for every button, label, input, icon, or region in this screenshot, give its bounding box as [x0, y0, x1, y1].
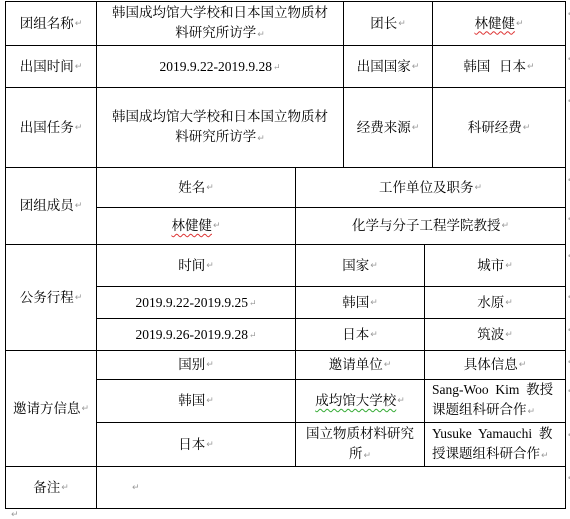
paragraph-mark-icon: ↵: [11, 510, 19, 519]
inviter-header-unit: 邀请单位↵: [296, 351, 424, 379]
inviter-detail: Yusuke Yamauchi 教 授课题组科研合作↵: [425, 423, 565, 466]
paragraph-mark-icon: ↵: [249, 325, 257, 345]
value-line: 韩国成均馆大学校和日本国立物质材: [112, 107, 328, 127]
value-text: 2019.9.22-2019.9.28: [159, 57, 272, 77]
paragraph-mark-icon: ↵: [527, 57, 535, 77]
task-value: 韩国成均馆大学校和日本国立物质材 料研究所访学↵: [97, 88, 343, 167]
itinerary-country: 韩国↵: [296, 287, 424, 318]
paragraph-mark-icon: ↵: [528, 407, 536, 417]
paragraph-mark-icon: ↵: [61, 478, 69, 498]
paragraph-mark-icon: ↵: [132, 478, 140, 498]
paragraph-mark-icon: ↵: [273, 57, 281, 77]
paragraph-mark-icon: ↵: [206, 178, 214, 198]
departure-time-value: 2019.9.22-2019.9.28↵: [97, 46, 343, 87]
paragraph-mark-icon: ↵: [505, 256, 513, 276]
label-text: 备注: [33, 478, 60, 498]
value-text: 日本: [178, 435, 205, 455]
paragraph-mark-icon: ↵: [249, 293, 257, 313]
value-line: Yusuke Yamauchi 教: [432, 424, 552, 444]
itinerary-label: 公务行程↵: [6, 245, 96, 350]
paragraph-mark-icon: ↵: [370, 256, 378, 276]
departure-time-label: 出国时间↵: [6, 46, 96, 87]
label-text: 邀请方信息: [13, 399, 81, 419]
header-text: 城市: [477, 256, 504, 276]
paragraph-mark-icon: ↵: [523, 118, 531, 138]
country-value: 韩国 日本↵: [433, 46, 565, 87]
value-text: 2019.9.26-2019.9.28: [135, 325, 248, 345]
member-position: 化学与分子工程学院教授↵: [296, 208, 565, 244]
inviter-unit: 成均馆大学校↵: [296, 380, 424, 422]
paragraph-mark-icon: ↵: [370, 293, 378, 313]
value-text: 林健健: [171, 216, 212, 236]
label-text: 经费来源: [357, 118, 411, 138]
members-label: 团组成员↵: [6, 168, 96, 244]
paragraph-mark-icon: ↵: [81, 399, 89, 419]
paragraph-mark-icon: ↵: [206, 391, 214, 411]
members-header-position: 工作单位及职务↵: [296, 168, 565, 207]
header-text: 邀请单位: [329, 355, 383, 375]
paragraph-mark-icon: ↵: [501, 216, 509, 236]
paragraph-mark-icon: ↵: [541, 451, 549, 461]
inviter-country: 韩国↵: [97, 380, 295, 422]
label-text: 出国国家: [357, 57, 411, 77]
value-text: 2019.9.22-2019.9.25: [135, 293, 248, 313]
paragraph-mark-icon: ↵: [412, 57, 420, 77]
label-text: 出国任务: [20, 118, 74, 138]
paragraph-mark-icon: ↵: [505, 293, 513, 313]
paragraph-mark-icon: ↵: [257, 134, 265, 144]
paragraph-mark-icon: ↵: [363, 451, 371, 461]
paragraph-mark-icon: ↵: [519, 355, 527, 375]
leader-label: 团长↵: [344, 2, 432, 45]
inviter-unit: 国立物质材料研究 所↵: [296, 423, 424, 466]
value-text: 韩国 日本: [463, 57, 526, 77]
itinerary-time: 2019.9.26-2019.9.28↵: [97, 319, 295, 350]
label-text: 团长: [370, 14, 397, 34]
paragraph-mark-icon: ↵: [206, 435, 214, 455]
funding-label: 经费来源↵: [344, 88, 432, 167]
paragraph-mark-icon: ↵: [505, 325, 513, 345]
header-text: 国别: [178, 355, 205, 375]
paragraph-mark-icon: ↵: [412, 118, 420, 138]
itinerary-country: 日本↵: [296, 319, 424, 350]
inviter-detail: Sang-Woo Kim 教授 课题组科研合作↵: [425, 380, 565, 422]
remarks-value[interactable]: ↵: [97, 467, 565, 508]
itinerary-header-time: 时间↵: [97, 245, 295, 286]
paragraph-mark-icon: ↵: [75, 118, 83, 138]
paragraph-mark-icon: ↵: [474, 178, 482, 198]
inviter-country: 日本↵: [97, 423, 295, 466]
leader-value: 林健健↵: [433, 2, 565, 45]
remarks-label: 备注↵: [6, 467, 96, 508]
member-name: 林健健↵: [97, 208, 295, 244]
value-text: 筑波: [477, 325, 504, 345]
group-name-label: 团组名称↵: [6, 2, 96, 45]
inviter-header-country: 国别↵: [97, 351, 295, 379]
value-line: 国立物质材料研究: [306, 424, 414, 444]
value-text: 化学与分子工程学院教授: [352, 216, 501, 236]
value-line: 韩国成均馆大学校和日本国立物质材: [112, 3, 328, 23]
country-label: 出国国家↵: [344, 46, 432, 87]
paragraph-mark-icon: ↵: [75, 57, 83, 77]
members-header-name: 姓名↵: [97, 168, 295, 207]
paragraph-mark-icon: ↵: [213, 216, 221, 236]
group-name-value: 韩国成均馆大学校和日本国立物质材 料研究所访学↵: [97, 2, 343, 45]
paragraph-mark-icon: ↵: [206, 355, 214, 375]
paragraph-mark-icon: ↵: [370, 325, 378, 345]
task-label: 出国任务↵: [6, 88, 96, 167]
table-border: [565, 1, 566, 509]
paragraph-mark-icon: ↵: [516, 14, 524, 34]
itinerary-city: 筑波↵: [425, 319, 565, 350]
value-text: 韩国: [178, 391, 205, 411]
funding-value: 科研经费↵: [433, 88, 565, 167]
paragraph-mark-icon: ↵: [397, 391, 405, 411]
value-line: 料研究所访学: [175, 129, 256, 145]
paragraph-mark-icon: ↵: [257, 30, 265, 40]
paragraph-mark-icon: ↵: [206, 256, 214, 276]
value-line: Sang-Woo Kim 教授: [432, 380, 553, 400]
header-text: 时间: [178, 256, 205, 276]
label-text: 公务行程: [20, 288, 74, 308]
paragraph-mark-icon: ↵: [75, 288, 83, 308]
table-border: [5, 508, 566, 509]
header-text: 国家: [342, 256, 369, 276]
paragraph-mark-icon: ↵: [75, 14, 83, 34]
header-text: 具体信息: [464, 355, 518, 375]
value-text: 水原: [477, 293, 504, 313]
paragraph-mark-icon: ↵: [398, 14, 406, 34]
header-text: 姓名: [178, 178, 205, 198]
value-text: 韩国: [342, 293, 369, 313]
value-line: 所: [349, 446, 363, 462]
inviter-header-detail: 具体信息↵: [425, 351, 565, 379]
header-text: 工作单位及职务: [379, 178, 474, 198]
value-text: 成均馆大学校: [315, 391, 396, 411]
itinerary-header-city: 城市↵: [425, 245, 565, 286]
itinerary-city: 水原↵: [425, 287, 565, 318]
value-text: 林健健: [474, 14, 515, 34]
paragraph-mark-icon: ↵: [75, 196, 83, 216]
value-text: 科研经费: [468, 118, 522, 138]
label-text: 团组名称: [20, 14, 74, 34]
paragraph-mark-icon: ↵: [384, 355, 392, 375]
inviter-label: 邀请方信息↵: [6, 351, 96, 466]
value-line: 料研究所访学: [175, 25, 256, 41]
itinerary-time: 2019.9.22-2019.9.25↵: [97, 287, 295, 318]
value-line: 授课题组科研合作: [432, 446, 540, 462]
label-text: 出国时间: [20, 57, 74, 77]
value-line: 课题组科研合作: [432, 402, 527, 418]
label-text: 团组成员: [20, 196, 74, 216]
itinerary-header-country: 国家↵: [296, 245, 424, 286]
value-text: 日本: [342, 325, 369, 345]
